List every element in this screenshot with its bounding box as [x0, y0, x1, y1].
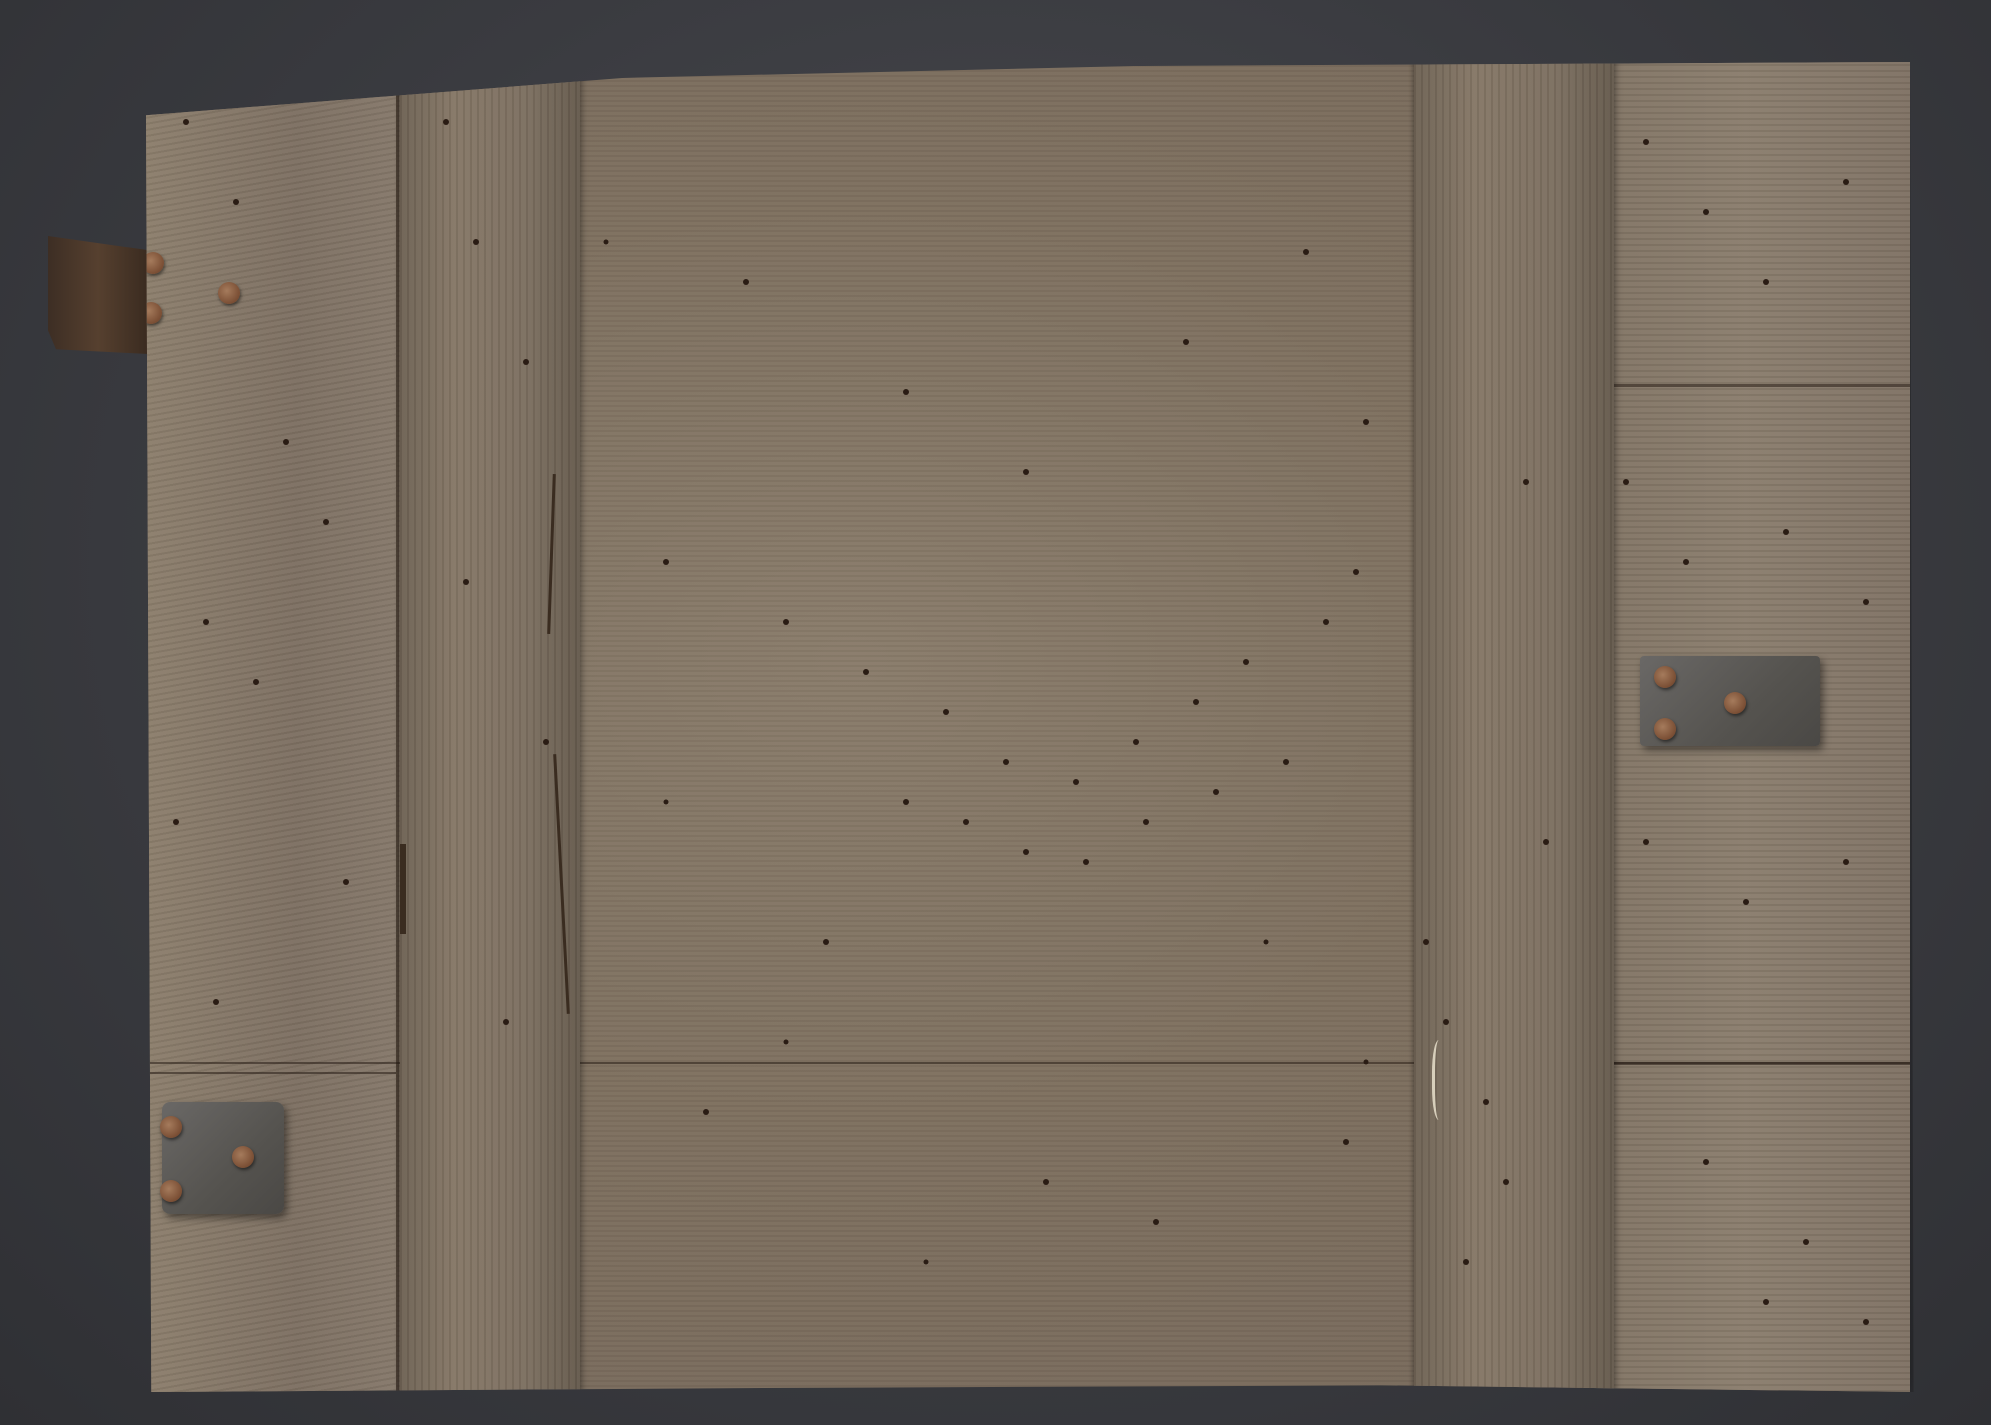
- seam-left-vertical: [396, 62, 399, 1392]
- rivet-icon: [218, 282, 240, 304]
- string-fiber: [1432, 1040, 1449, 1120]
- leather-strap: [48, 236, 148, 354]
- rivet-icon: [1654, 666, 1676, 688]
- photo-scene: [0, 0, 1991, 1425]
- rivet-icon: [1654, 718, 1676, 740]
- hinge-right: [1640, 656, 1820, 746]
- right-batten: [1414, 54, 1614, 1398]
- seam-left-lower: [146, 1072, 396, 1074]
- hinge-bottom-left: [162, 1102, 284, 1214]
- rivet-icon: [232, 1146, 254, 1168]
- seam-right-lower: [1580, 1062, 1910, 1065]
- seam-right-upper: [1580, 384, 1910, 387]
- batten-crack: [547, 474, 556, 634]
- left-batten: [400, 54, 580, 1398]
- batten-split: [400, 844, 406, 934]
- wooden-lid: [146, 62, 1910, 1392]
- rivet-icon: [160, 1180, 182, 1202]
- batten-crack: [553, 754, 570, 1014]
- rivet-icon: [1724, 692, 1746, 714]
- rivet-icon: [160, 1116, 182, 1138]
